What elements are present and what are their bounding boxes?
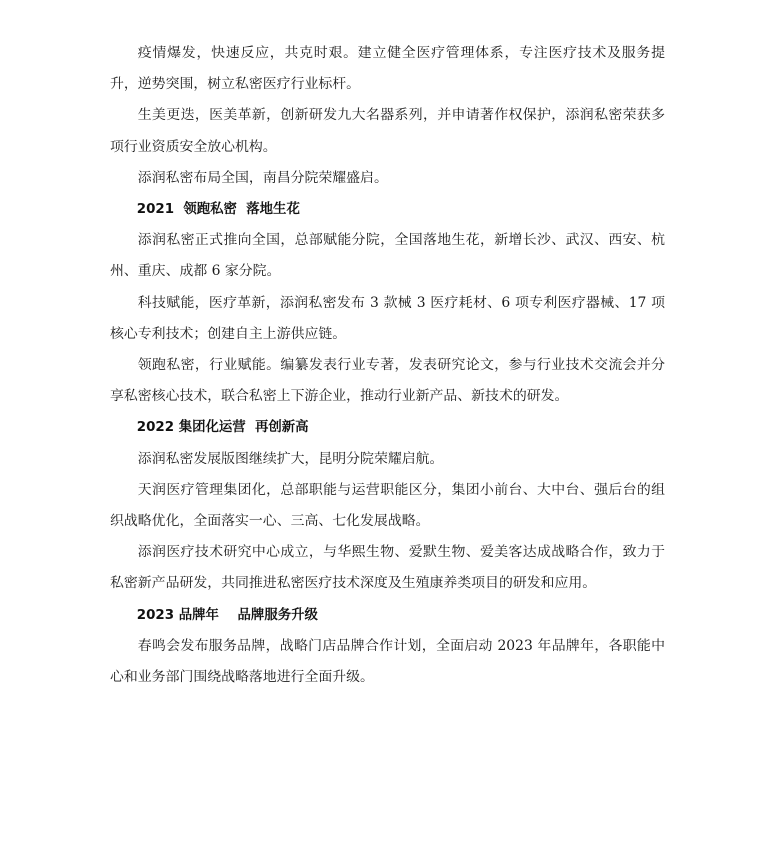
heading-2023: 2023 品牌年 品牌服务升级 — [110, 600, 665, 631]
paragraph-2022-kunming-branch: 添润私密发展版图继续扩大，昆明分院荣耀启航。 — [110, 444, 665, 475]
paragraph-2022-research-center: 添润医疗技术研究中心成立，与华熙生物、爱默生物、爱美客达成战略合作，致力于私密新… — [110, 537, 665, 599]
paragraph-2021-technology: 科技赋能，医疗革新，添润私密发布 3 款械 3 医疗耗材、6 项专利医疗器械、1… — [110, 288, 665, 350]
paragraph-2021-industry-leadership: 领跑私密，行业赋能。编纂发表行业专著，发表研究论文，参与行业技术交流会并分享私密… — [110, 350, 665, 412]
document-page: 疫情爆发，快速反应，共克时艰。建立健全医疗管理体系，专注医疗技术及服务提升，逆势… — [110, 38, 665, 693]
paragraph-pandemic-response: 疫情爆发，快速反应，共克时艰。建立健全医疗管理体系，专注医疗技术及服务提升，逆势… — [110, 38, 665, 100]
paragraph-2023-brand-year: 春鸣会发布服务品牌，战略门店品牌合作计划，全面启动 2023 年品牌年，各职能中… — [110, 631, 665, 693]
heading-2022: 2022 集团化运营 再创新高 — [110, 412, 665, 443]
paragraph-aesthetic-innovation: 生美更迭，医美革新，创新研发九大名器系列，并申请著作权保护，添润私密荣获多项行业… — [110, 100, 665, 162]
paragraph-nanchang-branch: 添润私密布局全国，南昌分院荣耀盛启。 — [110, 163, 665, 194]
heading-2021: 2021 领跑私密 落地生花 — [110, 194, 665, 225]
paragraph-2022-group-management: 天润医疗管理集团化，总部职能与运营职能区分，集团小前台、大中台、强后台的组织战略… — [110, 475, 665, 537]
paragraph-2021-expansion: 添润私密正式推向全国，总部赋能分院，全国落地生花，新增长沙、武汉、西安、杭州、重… — [110, 225, 665, 287]
